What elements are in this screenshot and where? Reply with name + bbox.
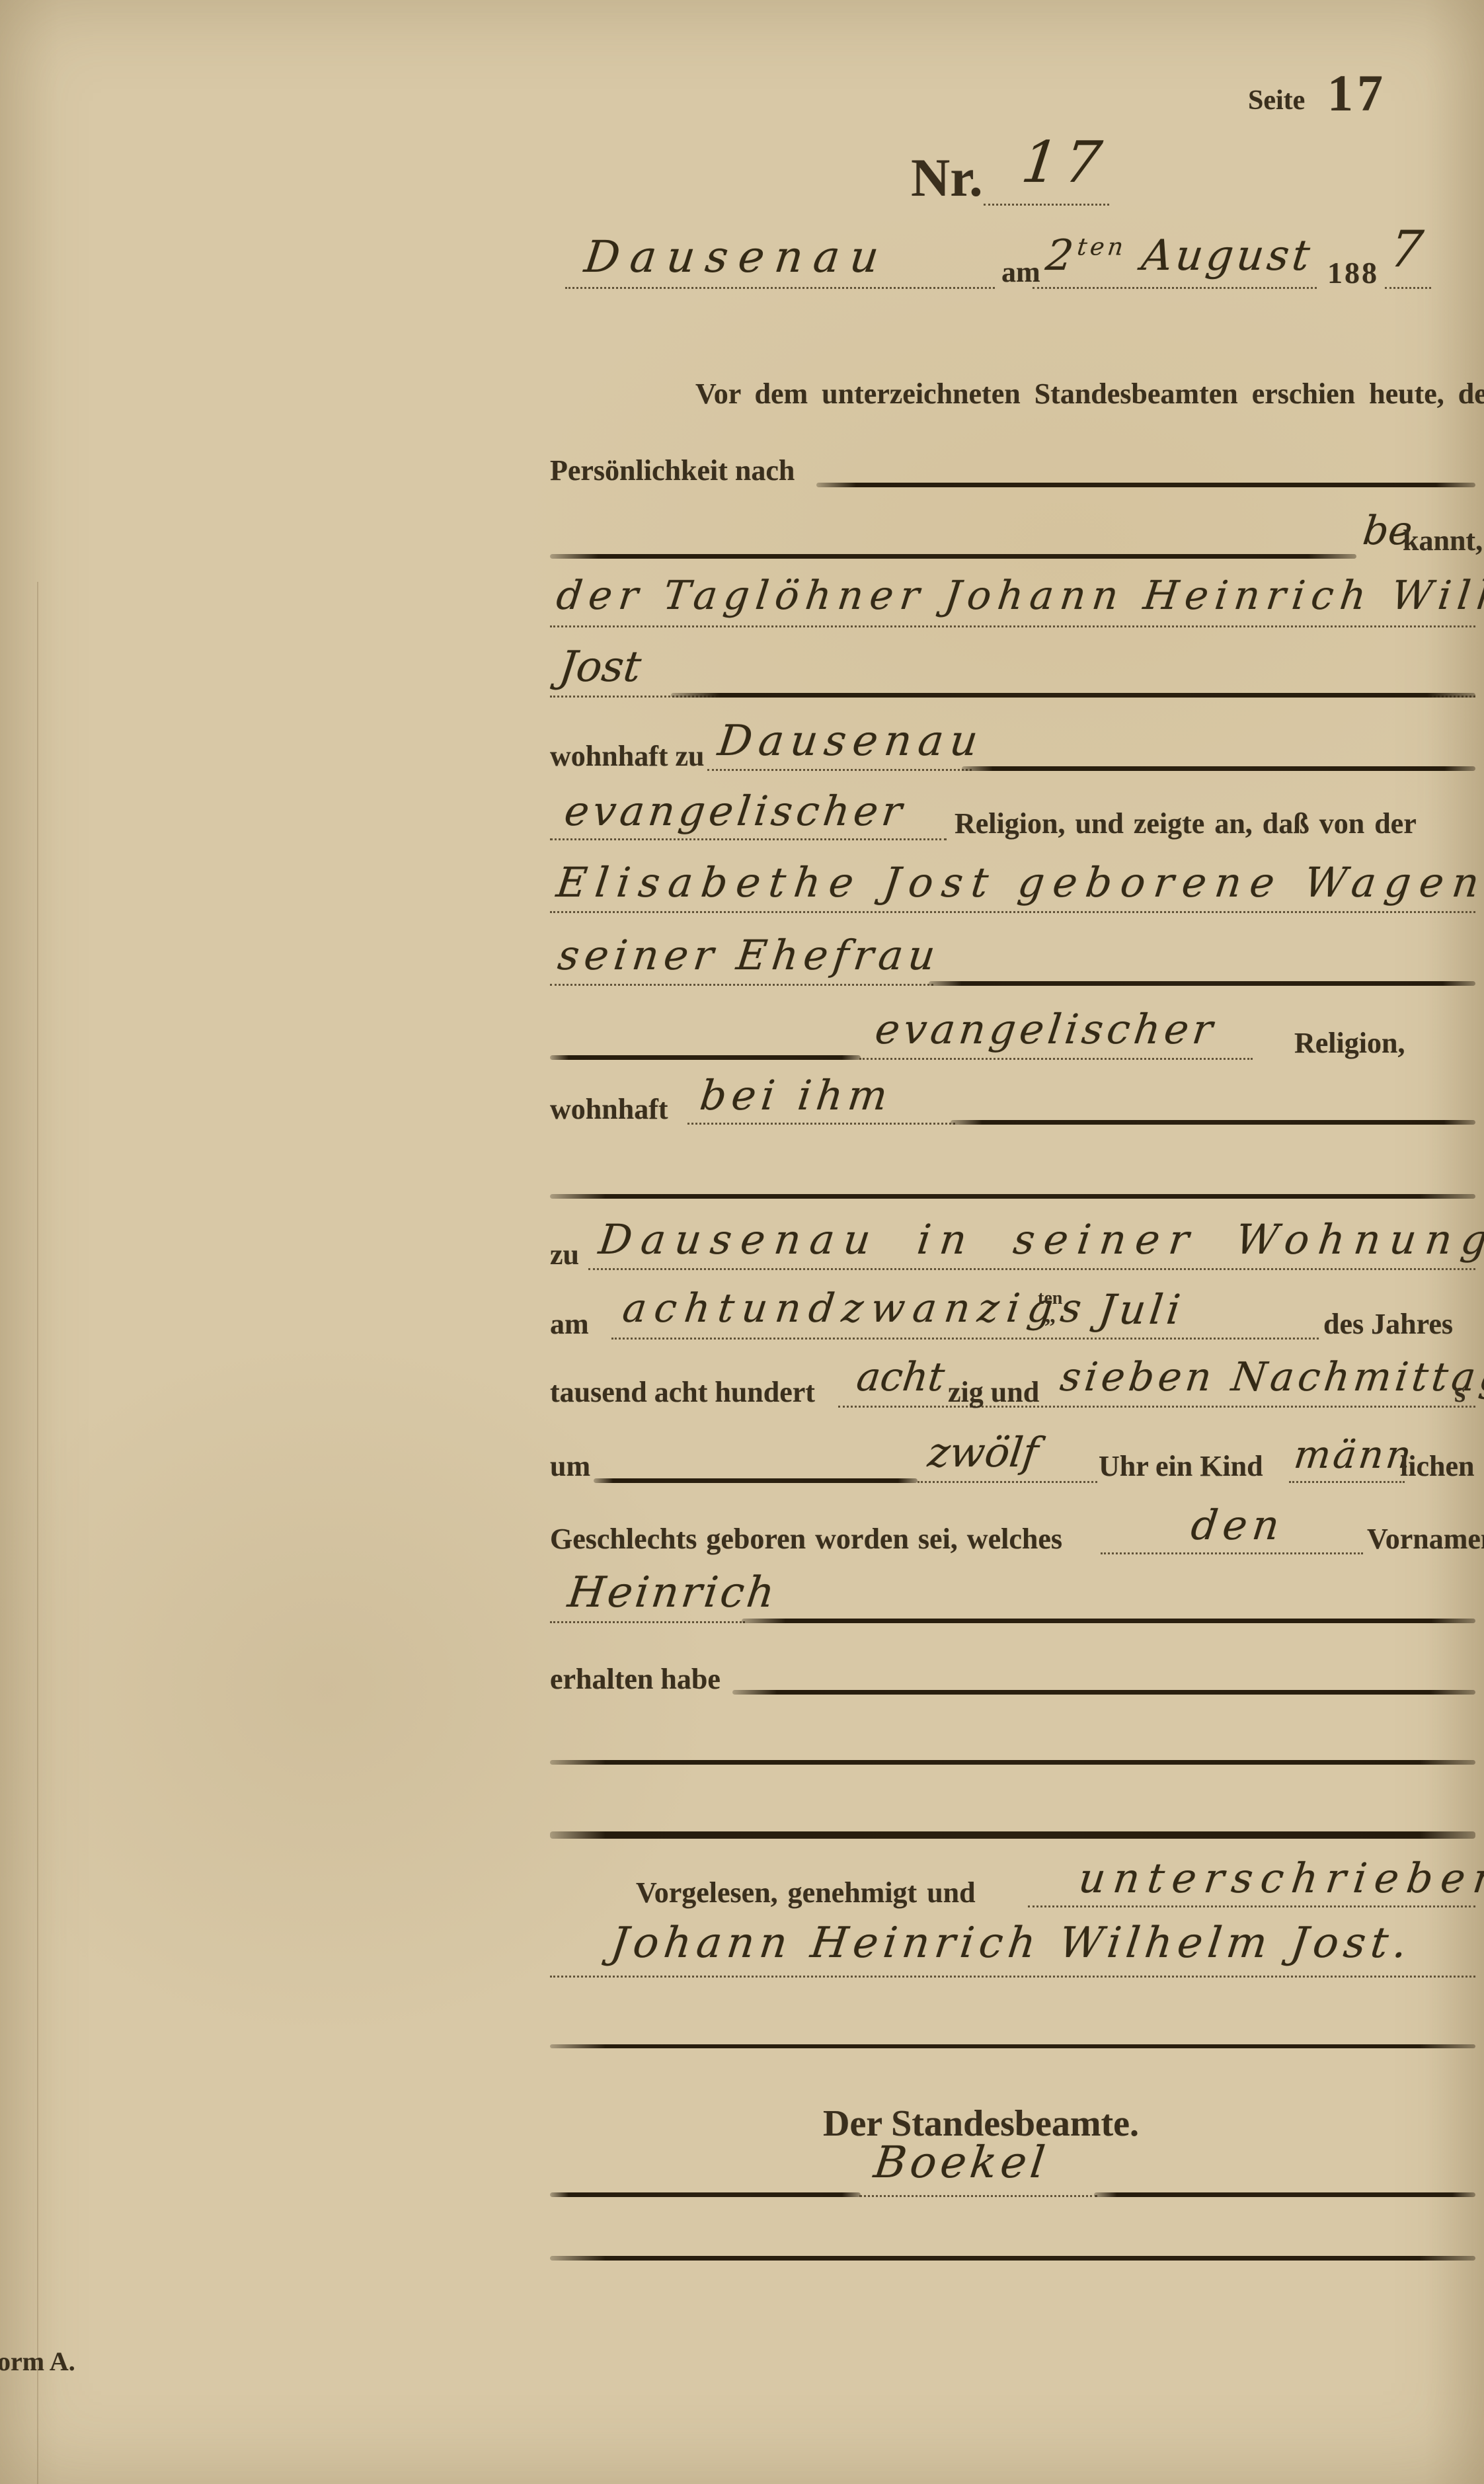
birthday-handwritten: achtundzwanzigs	[620, 1285, 1092, 1332]
dotted-line	[550, 1621, 745, 1623]
declarant-name-handwritten: der Taglöhner Johann Heinrich Wilhelm	[554, 573, 1484, 619]
dateline-year-printed: 188	[1327, 255, 1379, 290]
zu-label: zu	[550, 1238, 579, 1271]
erhalten-habe-printed: erhalten habe	[550, 1662, 721, 1696]
vornamen-printed: Vornamen	[1367, 1522, 1484, 1556]
ink-strike	[929, 981, 1475, 986]
dateline-dotted-segment	[1033, 287, 1317, 289]
firstname-handwritten: Heinrich	[565, 1568, 780, 1617]
dateline-place-handwritten: Dausenau	[582, 231, 892, 282]
dotted-line	[859, 2195, 1097, 2197]
dotted-line	[550, 838, 947, 840]
hour-handwritten: zwölf	[925, 1428, 1041, 1476]
dotted-line	[550, 1976, 1475, 1978]
declarant-surname-handwritten: Jost	[557, 643, 644, 692]
declarant-signature-handwritten: Johann Heinrich Wilhelm Jost.	[608, 1919, 1415, 1968]
record-number-dotted-line	[984, 204, 1109, 206]
dotted-line	[838, 1406, 1475, 1408]
residence-handwritten: Dausenau	[715, 717, 987, 766]
ten-superscript: ten„	[1038, 1289, 1062, 1324]
ink-strike	[742, 1619, 1475, 1623]
ink-strike	[816, 483, 1475, 487]
wohnhaft-label: wohnhaft	[550, 1092, 668, 1126]
religion2-printed: Religion,	[1294, 1026, 1405, 1060]
persoenlichkeit-label: Persönlichkeit nach	[550, 454, 795, 487]
um-label: um	[550, 1449, 590, 1483]
ink-strike	[550, 554, 1356, 559]
dotted-line	[1289, 1481, 1405, 1483]
page-crease-line	[37, 582, 38, 2484]
tausend-printed: tausend acht hundert	[550, 1375, 815, 1409]
dotted-line	[687, 1123, 955, 1125]
record-number-label: Nr.	[911, 147, 983, 209]
page-number: 17	[1327, 63, 1387, 123]
dotted-line	[550, 984, 933, 986]
dateline-year-handwritten: 7	[1387, 220, 1426, 278]
lichen-printed: lichen	[1400, 1449, 1474, 1483]
gender-handwritten: männ	[1292, 1432, 1417, 1477]
page-label: Seite	[1248, 85, 1305, 116]
ink-strike	[550, 1760, 1475, 1765]
birth-month-handwritten: Juli	[1096, 1285, 1187, 1334]
birthplace-handwritten: Dausenau in seiner Wohnung	[596, 1215, 1484, 1263]
dotted-line	[1101, 1552, 1363, 1554]
wohnhaft-zu-label: wohnhaft zu	[550, 739, 705, 773]
ink-strike	[550, 2256, 1475, 2261]
dateline-day-handwritten: 2ten August	[1043, 231, 1315, 280]
record-number-handwritten: 17	[1018, 130, 1112, 196]
dotted-line	[1028, 1905, 1475, 1907]
bei-ihm-handwritten: bei ihm	[697, 1071, 895, 1119]
dotted-line	[611, 1338, 1319, 1340]
dateline-am-label: am	[1001, 255, 1040, 289]
dotted-line	[550, 625, 1475, 627]
religion1-handwritten: evangelischer	[562, 787, 908, 835]
ink-strike	[550, 2192, 861, 2197]
den-handwritten: den	[1189, 1501, 1287, 1549]
religion2-handwritten: evangelischer	[873, 1005, 1219, 1053]
des-jahres-printed: des Jahres	[1323, 1307, 1453, 1341]
registry-document-page: Seite 17 Nr. 17 Dausenau am 2ten August …	[0, 0, 1484, 2484]
ink-strike	[594, 1478, 918, 1483]
am-label: am	[550, 1307, 589, 1341]
ink-strike	[550, 1194, 1475, 1199]
dotted-line	[918, 1481, 1097, 1483]
mother-name-handwritten: Elisabethe Jost geborene Wagener	[554, 858, 1484, 906]
ink-strike	[732, 1690, 1475, 1695]
geschlechts-printed: Geschlechts geboren worden sei, welches	[550, 1522, 1062, 1556]
vorgelesen-printed: Vorgelesen, genehmigt und	[636, 1876, 976, 1909]
s-suffix-printed: s	[1454, 1375, 1465, 1409]
registrar-signature-handwritten: Boekel	[871, 2137, 1052, 2188]
ehefrau-handwritten: seiner Ehefrau	[555, 931, 943, 979]
form-label-cropped: orm A.	[0, 2346, 75, 2377]
kannt-printed: kannt,	[1403, 524, 1483, 557]
ink-strike-thick	[550, 1831, 1475, 1839]
ink-strike	[671, 693, 1475, 698]
ink-strike	[550, 1055, 861, 1060]
ink-strike	[962, 766, 1475, 771]
religion1-printed: Religion, und zeigte an, daß von der	[955, 807, 1417, 840]
unterschrieben-handwritten: unterschrieben	[1076, 1854, 1484, 1902]
year-words-handwritten: sieben Nachmittag	[1058, 1354, 1484, 1400]
decade-handwritten: acht	[854, 1354, 947, 1400]
dotted-line	[550, 911, 1475, 913]
dotted-line	[859, 1058, 1253, 1060]
zig-und-printed: zig und	[948, 1375, 1039, 1409]
ink-strike	[1094, 2192, 1475, 2197]
uhr-ein-kind-printed: Uhr ein Kind	[1099, 1449, 1263, 1483]
dotted-line	[707, 769, 972, 771]
intro-text: Vor dem unterzeichneten Standesbeamten e…	[695, 377, 1484, 411]
ink-strike	[951, 1120, 1475, 1125]
dateline-dotted-segment	[1385, 287, 1431, 289]
ink-strike	[550, 2044, 1475, 2048]
dateline-dotted-segment	[565, 287, 995, 289]
dotted-line	[588, 1268, 1475, 1270]
